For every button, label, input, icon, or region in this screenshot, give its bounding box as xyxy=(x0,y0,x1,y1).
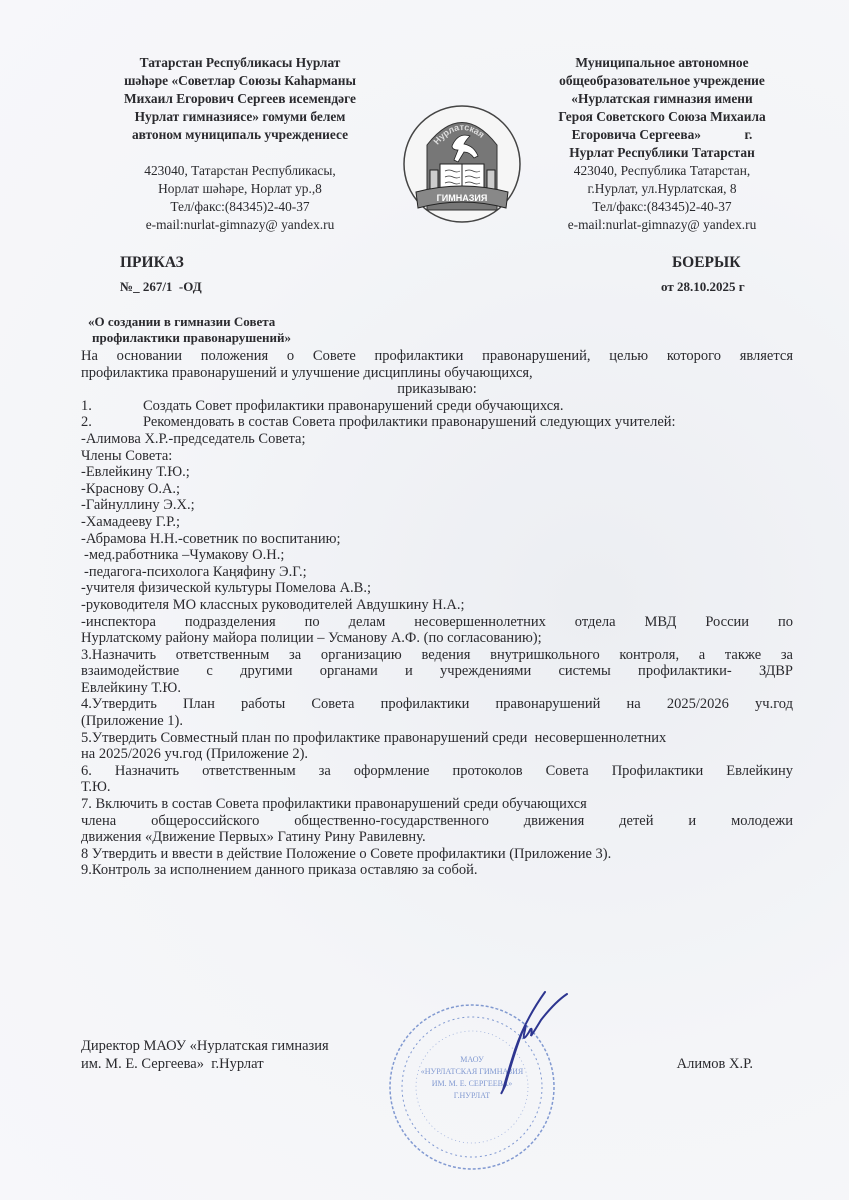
preamble: На основании положения о Совете профилак… xyxy=(81,348,793,365)
order-title-ru: ПРИКАЗ xyxy=(120,254,184,272)
member: -руководителя МО классных руководителей … xyxy=(81,597,793,614)
member: -педагога-психолога Каңяфину Э.Г.; xyxy=(81,564,793,581)
address-line: г.Нурлат, ул.Нурлатская, 8 xyxy=(502,180,822,198)
order-subject: «О создании в гимназии Совета профилакти… xyxy=(88,314,291,346)
org-line: Михаил Егорович Сергеев исемендәге xyxy=(80,90,400,108)
member-inspector: Нурлатскому району майора полиции – Усма… xyxy=(81,630,793,647)
order-item-4: 4.Утвердить План работы Совета профилакт… xyxy=(81,696,793,713)
header-left-tatar: Татарстан Республикасы Нурлат шәһәре «Со… xyxy=(80,54,400,234)
members-label: Члены Совета: xyxy=(81,448,793,465)
order-body: На основании положения о Совете профилак… xyxy=(81,348,793,879)
preamble: профилактика правонарушений и улучшение … xyxy=(81,365,793,382)
order-item-3: 3.Назначить ответственным за организацию… xyxy=(81,647,793,664)
header-right-russian: Муниципальное автономное общеобразовател… xyxy=(502,54,822,234)
order-item-4: (Приложение 1). xyxy=(81,713,793,730)
member: -мед.работника –Чумакову О.Н.; xyxy=(81,547,793,564)
member: -Гайнуллину Э.Х.; xyxy=(81,497,793,514)
member: -Хамадееву Г.Р.; xyxy=(81,514,793,531)
address-line: Норлат шәһәре, Норлат ур.,8 xyxy=(80,180,400,198)
order-item-7: члена общероссийского общественно-госуда… xyxy=(81,813,793,830)
order-title-tt: БОЕРЫК xyxy=(672,254,740,272)
director-name: Алимов Х.Р. xyxy=(677,1055,753,1073)
document-page: Татарстан Республикасы Нурлат шәһәре «Со… xyxy=(0,0,849,1200)
council-chair: -Алимова Х.Р.-председатель Совета; xyxy=(81,431,793,448)
subject-line: «О создании в гимназии Совета xyxy=(88,314,291,330)
email-line: e-mail:nurlat-gimnazy@ yandex.ru xyxy=(80,216,400,234)
order-word: приказываю: xyxy=(81,381,793,398)
org-line: автоном муниципаль учреждениесе xyxy=(80,126,400,144)
order-item-2: 2. Рекомендовать в состав Совета профила… xyxy=(81,414,793,431)
subject-line: профилактики правонарушений» xyxy=(88,330,291,346)
order-item-9: 9.Контроль за исполнением данного приказ… xyxy=(81,862,793,879)
order-item-5: на 2025/2026 уч.год (Приложение 2). xyxy=(81,746,793,763)
org-line: Нурлат Республики Татарстан xyxy=(502,144,822,162)
org-line: «Нурлатская гимназия имени xyxy=(502,90,822,108)
address-line: 423040, Татарстан Республикасы, xyxy=(80,162,400,180)
email-line: e-mail:nurlat-gimnazy@ yandex.ru xyxy=(502,216,822,234)
order-number: №_ 267/1 -ОД xyxy=(120,279,202,295)
address-line: 423040, Республика Татарстан, xyxy=(502,162,822,180)
org-line: Егоровича Сергеева» г. xyxy=(502,126,822,144)
order-date: от 28.10.2025 г xyxy=(661,279,745,295)
order-item-3: взаимодействие с другими органами и учре… xyxy=(81,663,793,680)
member: -Краснову О.А.; xyxy=(81,481,793,498)
org-line: шәһәре «Советлар Союзы Каһарманы xyxy=(80,72,400,90)
order-item-8: 8 Утвердить и ввести в действие Положени… xyxy=(81,846,793,863)
member: -учителя физической культуры Помелова А.… xyxy=(81,580,793,597)
order-item-3: Евлейкину Т.Ю. xyxy=(81,680,793,697)
order-item-6: Т.Ю. xyxy=(81,779,793,796)
member: -Абрамова Н.Н.-советник по воспитанию; xyxy=(81,531,793,548)
order-item-7: 7. Включить в состав Совета профилактики… xyxy=(81,796,793,813)
order-item-6: 6. Назначить ответственным за оформление… xyxy=(81,763,793,780)
signature-block: Директор МАОУ «Нурлатская гимназия им. М… xyxy=(81,1037,793,1073)
member: -Евлейкину Т.Ю.; xyxy=(81,464,793,481)
phone-line: Тел/факс:(84345)2-40-37 xyxy=(80,198,400,216)
org-line: Героя Советского Союза Михаила xyxy=(502,108,822,126)
org-line: Нурлат гимназиясе» гомуми белем xyxy=(80,108,400,126)
org-line: общеобразовательное учреждение xyxy=(502,72,822,90)
order-item-1: 1. Создать Совет профилактики правонаруш… xyxy=(81,398,793,415)
org-line: Муниципальное автономное xyxy=(502,54,822,72)
order-item-5: 5.Утвердить Совместный план по профилакт… xyxy=(81,730,793,747)
director-position: Директор МАОУ «Нурлатская гимназия xyxy=(81,1037,793,1055)
phone-line: Тел/факс:(84345)2-40-37 xyxy=(502,198,822,216)
svg-text:ГИМНАЗИЯ: ГИМНАЗИЯ xyxy=(437,193,488,203)
order-item-7: движения «Движение Первых» Гатину Рину Р… xyxy=(81,829,793,846)
org-line: Татарстан Республикасы Нурлат xyxy=(80,54,400,72)
member-inspector: -инспектора подразделения по делам несов… xyxy=(81,614,793,631)
